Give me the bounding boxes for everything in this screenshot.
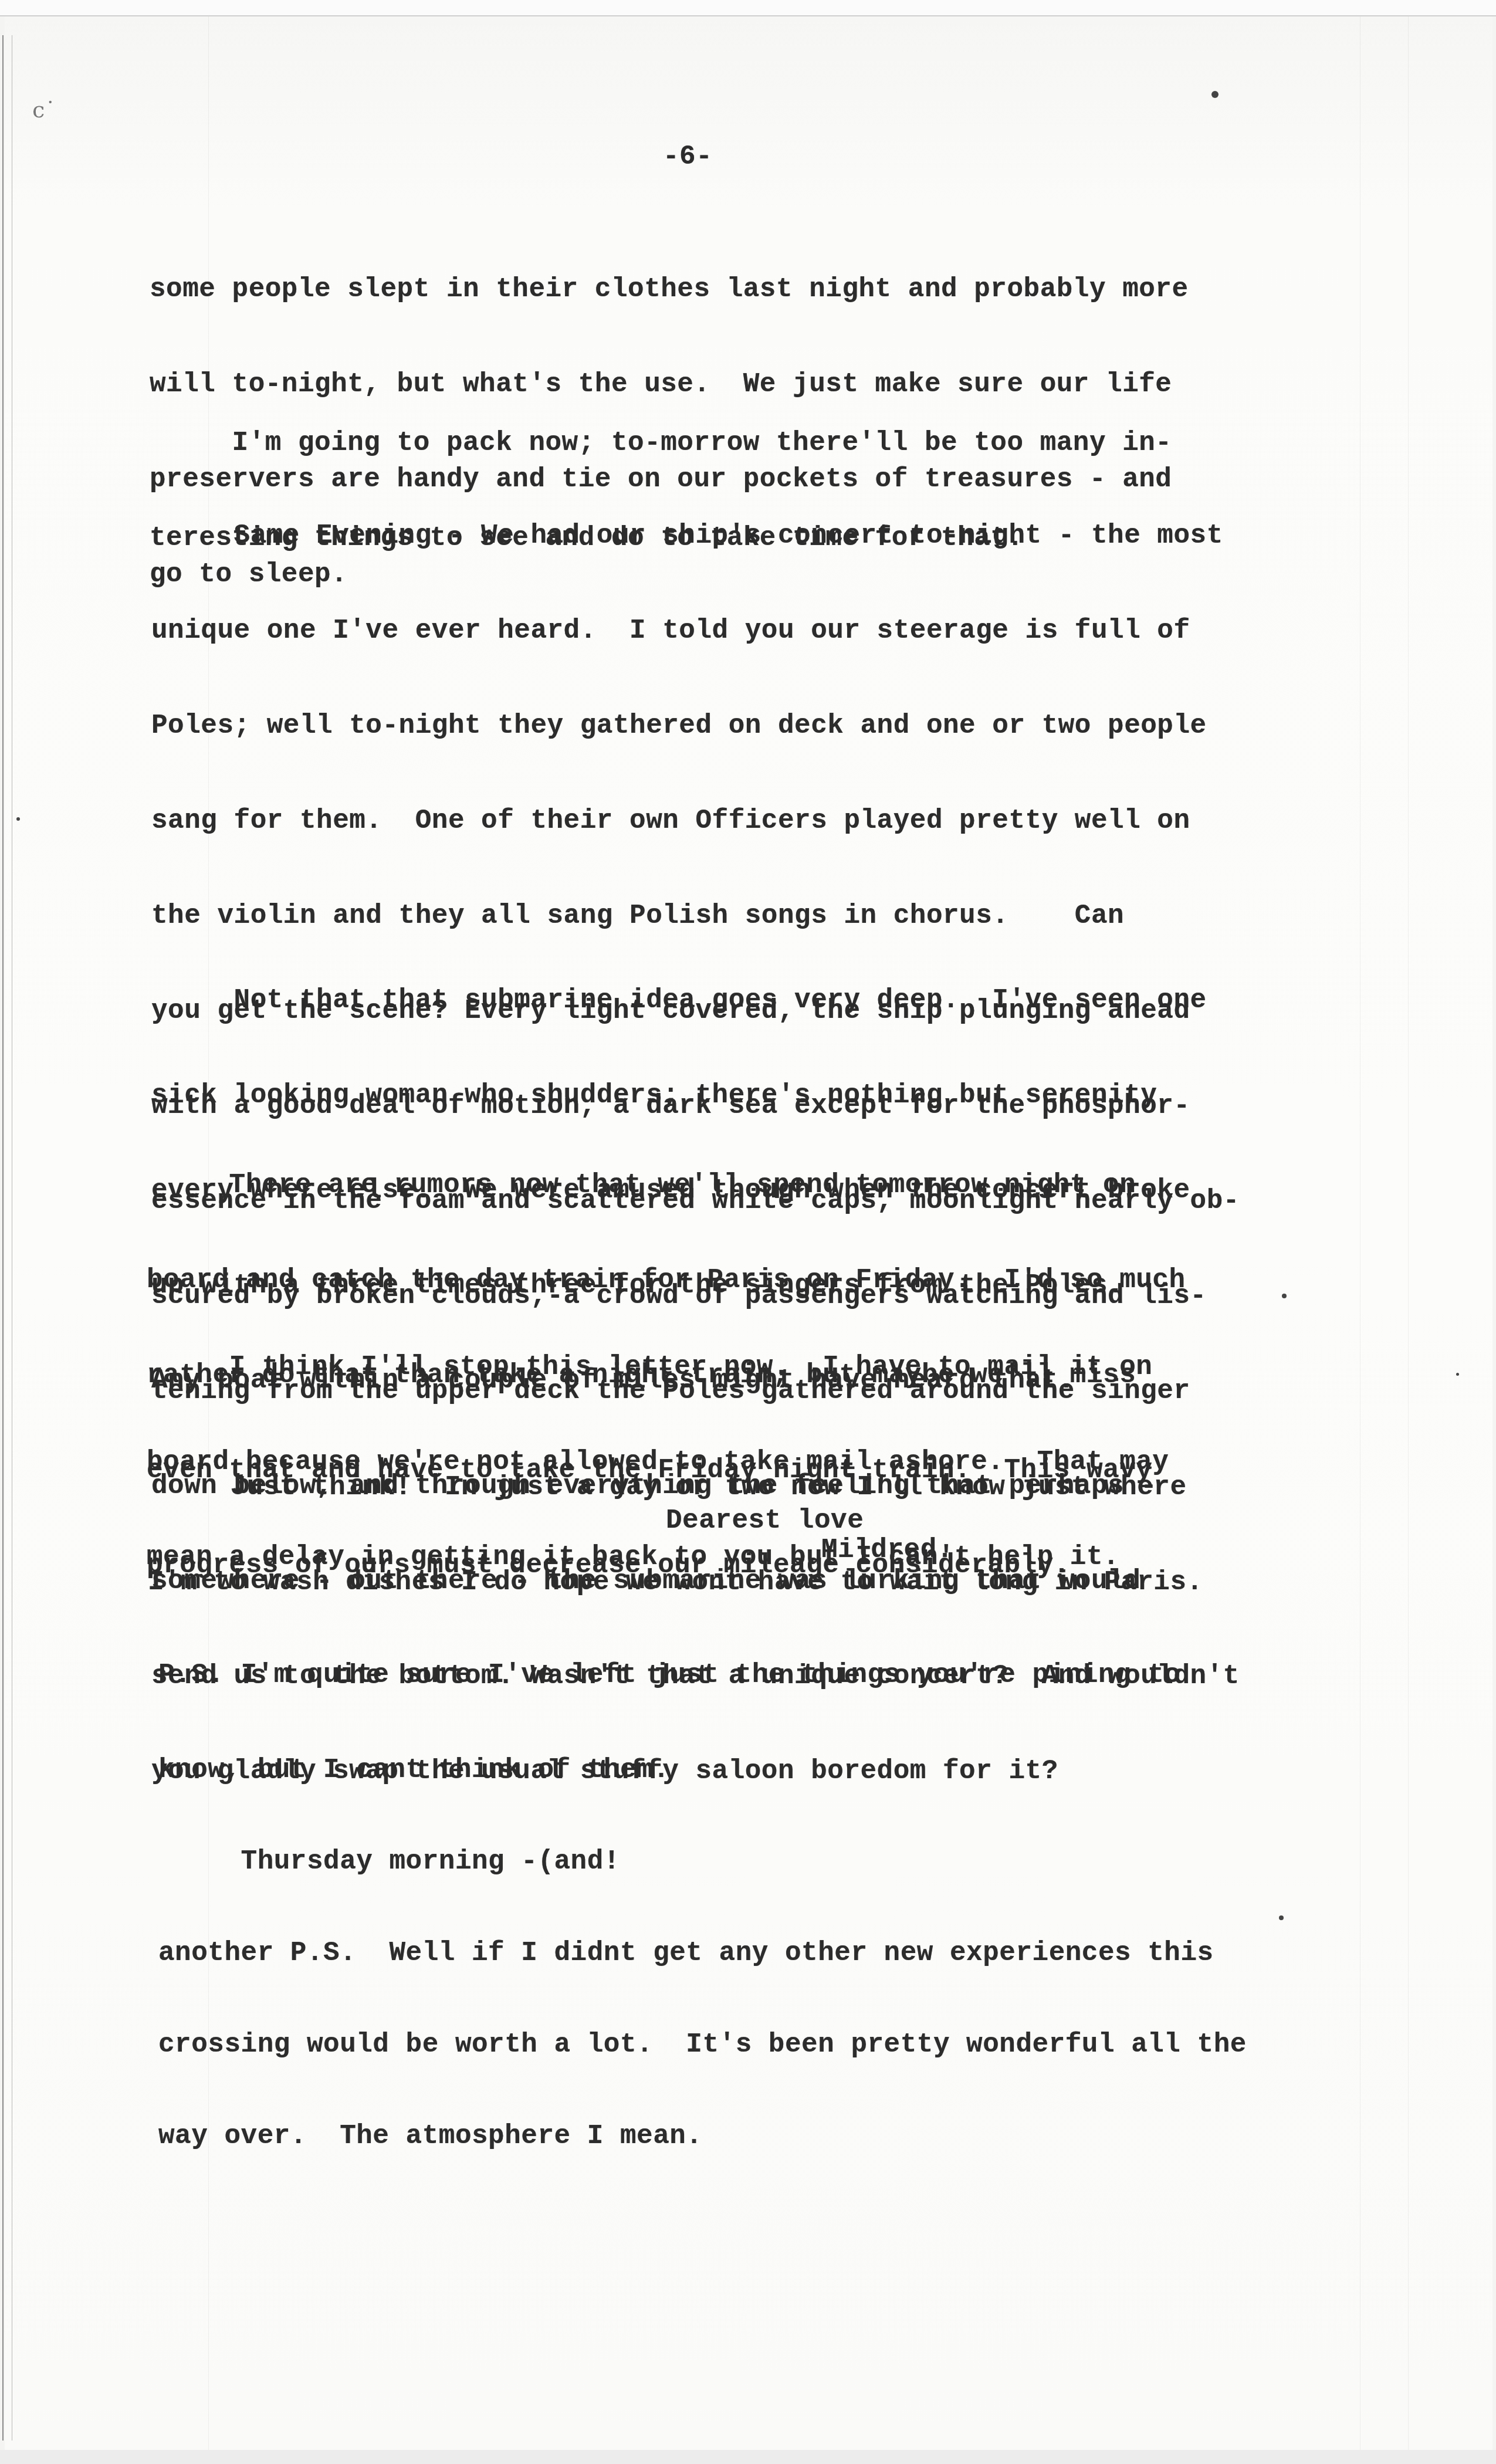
text-line: way over. The atmosphere I mean.: [158, 2120, 1247, 2152]
text-line: know, but I cant think of them.: [158, 1754, 1247, 1786]
text-line: P.S. I'm quite sure I've left just the t…: [158, 1659, 1247, 1691]
text-line: There are rumors now that we'll spend to…: [147, 1169, 1186, 1201]
text-line: I'm going to pack now; to-morrow there'l…: [150, 427, 1172, 459]
ink-speck: [1211, 91, 1219, 98]
page-left-edge: [2, 35, 12, 2441]
text-line: I think I'll stop this letter now. I hav…: [147, 1351, 1169, 1383]
margin-mark-icon: c˙: [32, 97, 56, 123]
ink-speck: [16, 817, 20, 821]
fold-line: [1360, 16, 1360, 2451]
text-line: some people slept in their clothes last …: [150, 273, 1189, 305]
scan-top-strip: [0, 0, 1496, 16]
text-line: Just think! In just a day or two now I'l…: [148, 1471, 1203, 1503]
postscript: P.S. I'm quite sure I've left just the t…: [158, 1596, 1247, 2184]
text-line: crossing would be worth a lot. It's been…: [158, 2029, 1247, 2060]
text-line: Same Evening - We had our ship's concert…: [151, 520, 1240, 551]
text-line: I'm to wash dishes I do hope we wont hav…: [148, 1566, 1203, 1598]
text-line: another P.S. Well if I didnt get any oth…: [158, 1937, 1247, 1969]
text-line: unique one I've ever heard. I told you o…: [151, 615, 1240, 647]
page-number: -6-: [663, 141, 712, 172]
text-line: sang for them. One of their own Officers…: [151, 805, 1240, 837]
text-line: Poles; well to-night they gathered on de…: [151, 710, 1240, 742]
postscript-dateline: Thursday morning -(and!: [158, 1846, 1247, 1877]
scan-bottom-strip: [0, 2450, 1496, 2464]
ink-speck: [1456, 1373, 1459, 1376]
fold-line: [1408, 16, 1409, 2451]
text-line: Not that that submarine idea goes very d…: [151, 984, 1207, 1016]
signature: Mildred.: [821, 1534, 953, 1566]
ink-speck: [1279, 1915, 1284, 1920]
closing-salutation: Dearest love: [666, 1505, 864, 1536]
ink-speck: [1282, 1294, 1287, 1298]
